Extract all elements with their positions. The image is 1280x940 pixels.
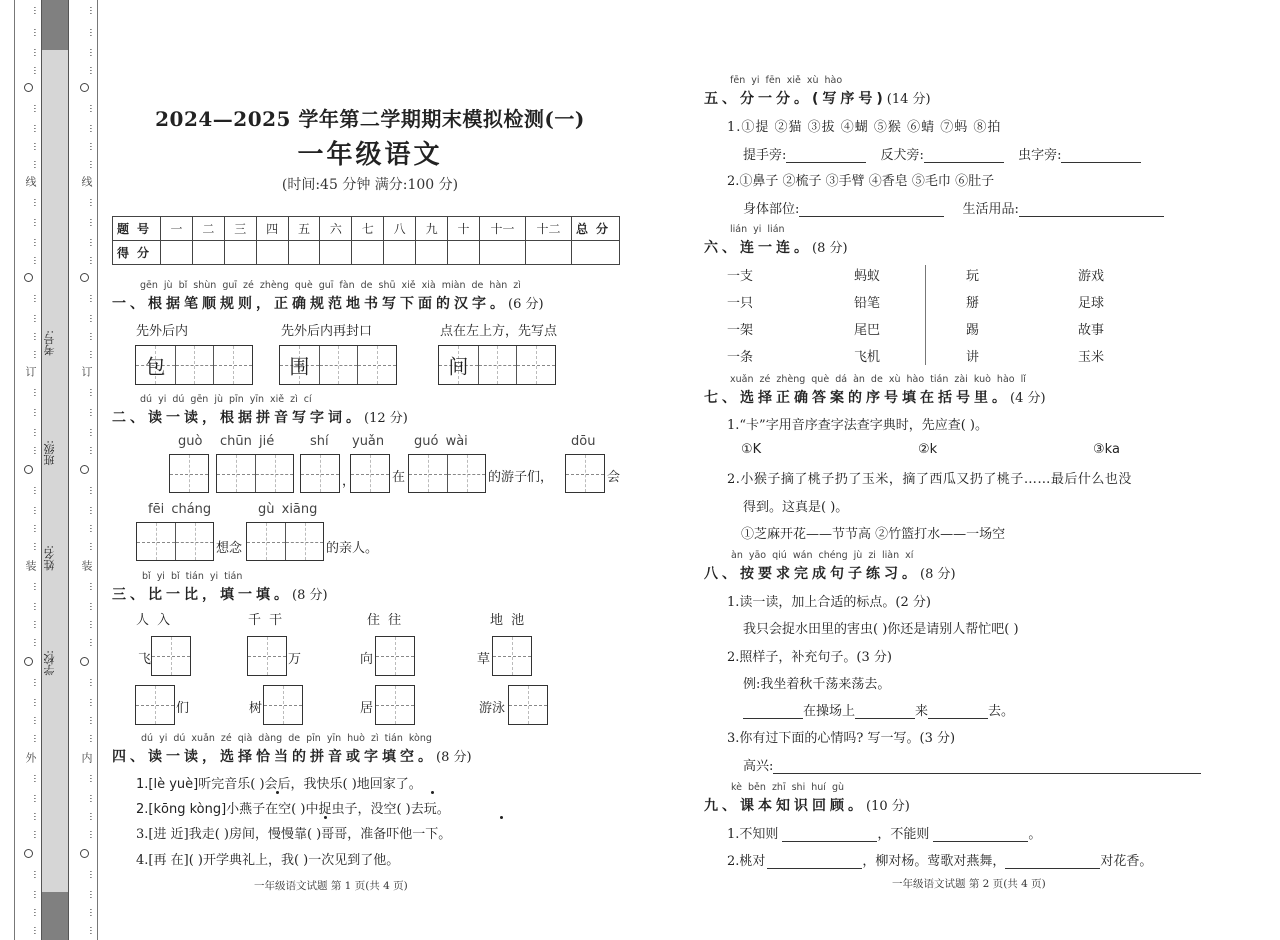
s3-r2-4-pre: 游泳 <box>479 697 505 716</box>
model-char: 围 <box>280 351 319 380</box>
s1-rule-2: 先外后内再封口 <box>281 320 372 339</box>
s9-q2: 2.桃对，柳对杨。莺歌对燕舞，对花香。 <box>727 850 1152 869</box>
score-header-row: 题号 一 二 三 四 五 六 七 八 九 十 十一 十二 总分 <box>113 217 620 241</box>
pinyin-guowai: guó wài <box>414 434 468 449</box>
s1-rule-3: 点在左上方，先写点 <box>440 320 557 339</box>
match-item[interactable]: 一支 <box>727 265 753 284</box>
match-item[interactable]: 掰 <box>966 292 979 311</box>
s3-pair-4: 地 池 <box>490 609 526 628</box>
mark-ding: 订 <box>18 366 38 377</box>
match-item[interactable]: 讲 <box>966 346 979 365</box>
s3-box[interactable] <box>135 685 175 725</box>
band-dark-bottom <box>42 892 68 940</box>
s3-r1-4-pre: 草 <box>477 648 490 667</box>
pinyin-chunjie: chūn jié <box>220 434 274 449</box>
s6-heading: 六、连一连。(8 分) <box>704 237 848 257</box>
answer-blank[interactable] <box>1061 149 1141 163</box>
pinyin-yuan: yuǎn <box>352 434 384 449</box>
score-col: 九 <box>416 217 448 241</box>
s3-r2-3-pre: 居 <box>360 697 373 716</box>
score-col: 八 <box>384 217 416 241</box>
s4-item-4: 4.[再 在]( )开学典礼上，我( )一次见到了他。 <box>136 849 399 868</box>
score-cell[interactable] <box>161 241 193 265</box>
answer-blank[interactable] <box>767 855 862 869</box>
score-cell[interactable] <box>288 241 320 265</box>
s3-box[interactable] <box>508 685 548 725</box>
match-item[interactable]: 故事 <box>1078 319 1104 338</box>
s7-q1: 1.“卡”字用音序查字法查字典时，先应查( )。 <box>727 414 988 433</box>
match-item[interactable]: 玩 <box>966 265 979 284</box>
s3-r1-2-post: 万 <box>288 648 301 667</box>
score-cell[interactable] <box>192 241 224 265</box>
answer-blank[interactable] <box>1005 855 1100 869</box>
match-item[interactable]: 蚂蚁 <box>854 265 880 284</box>
score-col: 二 <box>192 217 224 241</box>
pinyin-dou: dōu <box>571 434 595 449</box>
answer-blank[interactable] <box>782 828 877 842</box>
mark-zhuang-inner: 装 <box>74 560 94 571</box>
s2-xiangnian: 想念 <box>216 537 242 556</box>
s3-box[interactable] <box>375 685 415 725</box>
mark-zhuang: 装 <box>18 560 38 571</box>
score-col: 一 <box>161 217 193 241</box>
field-name[interactable]: 姓名: <box>42 545 68 571</box>
s5-q1: 1.①提 ②猫 ③拔 ④蝴 ⑤猴 ⑥蜻 ⑦蚂 ⑧拍 <box>727 116 1001 135</box>
s3-box[interactable] <box>492 636 532 676</box>
exam-info: (时间:45 分钟 满分:100 分) <box>110 174 630 194</box>
s5-q1-answers: 提手旁: 反犬旁: 虫字旁: <box>743 144 1141 163</box>
s2-grid-guo[interactable] <box>169 454 209 493</box>
s3-box[interactable] <box>263 685 303 725</box>
s2-grid-guowai[interactable] <box>408 454 486 493</box>
s7-q1-opt-2: ②k <box>918 442 937 457</box>
s2-grid-guxiang[interactable] <box>246 522 324 561</box>
s3-pair-2: 千 干 <box>248 609 284 628</box>
strip-border-right <box>97 0 98 940</box>
score-cell[interactable] <box>224 241 256 265</box>
s7-q2-opts: ①芝麻开花——节节高 ②竹篮打水——一场空 <box>741 523 1005 542</box>
score-col: 六 <box>320 217 352 241</box>
score-cell[interactable] <box>448 241 480 265</box>
score-cell[interactable] <box>572 241 620 265</box>
emphasis-dot <box>324 816 327 819</box>
score-row-label: 得分 <box>113 241 161 265</box>
score-col: 十 <box>448 217 480 241</box>
score-col: 五 <box>288 217 320 241</box>
s4-pinyin: dú yi dú xuǎn zé qià dàng de pīn yīn huò… <box>141 733 432 744</box>
emphasis-dot <box>276 791 279 794</box>
answer-blank[interactable] <box>933 828 1028 842</box>
pinyin-guxiang: gù xiāng <box>258 502 317 517</box>
answer-blank[interactable] <box>855 705 915 719</box>
s2-pinyin: dú yi dú gēn jù pīn yīn xiě zì cí <box>140 394 312 405</box>
match-item[interactable]: 游戏 <box>1078 265 1104 284</box>
inner-cut-line: ⋯ ⋯ ⋯ ⋯ ⋯ ⋯ ⋯ ⋯ 线 ⋯ ⋯ ⋯ ⋯ ⋯ ⋯ ⋯ ⋯ 订 ⋯ ⋯ … <box>74 0 94 940</box>
score-cell[interactable] <box>416 241 448 265</box>
s2-hui: 会 <box>607 466 620 485</box>
answer-blank[interactable] <box>799 203 944 217</box>
answer-blank[interactable] <box>773 760 1201 774</box>
s1-heading: 一、根据笔顺规则，正确规范地书写下面的汉字。(6 分) <box>112 293 544 313</box>
s3-pair-1: 人 入 <box>136 609 172 628</box>
emphasis-dot <box>431 791 434 794</box>
s8-q1-sentence: 我只会捉水田里的害虫( )你还是请别人帮忙吧( ) <box>743 618 1019 637</box>
match-item[interactable]: 尾巴 <box>854 319 880 338</box>
s5-heading: 五、分一分。(写序号)(14 分) <box>704 88 931 108</box>
s3-box[interactable] <box>247 636 287 676</box>
score-cell[interactable] <box>320 241 352 265</box>
score-row-label: 题号 <box>113 217 161 241</box>
s3-r2-2-pre: 树 <box>249 697 262 716</box>
exam-title: 2024—2025 学年第二学期期末模拟检测(一) <box>110 103 630 132</box>
s1-rule-1: 先外后内 <box>136 320 188 339</box>
s2-heading: 二、读一读，根据拼音写字词。(12 分) <box>112 407 408 427</box>
s6-divider <box>925 265 926 365</box>
answer-blank[interactable] <box>1019 203 1164 217</box>
s8-q2: 2.照样子，补充句子。(3 分) <box>727 646 892 665</box>
score-cell[interactable] <box>384 241 416 265</box>
strip-border-left <box>14 0 15 940</box>
page2-footer: 一年级语文试题 第 2 页(共 4 页) <box>892 876 1046 891</box>
answer-blank[interactable] <box>928 705 988 719</box>
s2-grid-chunjie[interactable] <box>216 454 294 493</box>
mark-xian-inner: 线 <box>74 176 94 187</box>
s5-q2: 2.①鼻子 ②梳子 ③手臂 ④香皂 ⑤毛巾 ⑥肚子 <box>727 170 994 189</box>
s7-heading: 七、选择正确答案的序号填在括号里。(4 分) <box>704 387 1046 407</box>
page1-footer: 一年级语文试题 第 1 页(共 4 页) <box>254 878 408 893</box>
score-col: 十一 <box>480 217 526 241</box>
match-item[interactable]: 玉米 <box>1078 346 1104 365</box>
s9-pinyin: kè běn zhī shi huí gù <box>731 782 844 793</box>
emphasis-dot <box>500 816 503 819</box>
pinyin-shi: shí <box>310 434 329 449</box>
s3-r1-1-pre: 飞 <box>138 648 151 667</box>
score-cell[interactable] <box>352 241 384 265</box>
s8-q2-answer: 在操场上来去。 <box>743 700 1014 719</box>
s8-q1: 1.读一读，加上合适的标点。(2 分) <box>727 591 931 610</box>
score-col: 十二 <box>526 217 572 241</box>
match-item[interactable]: 足球 <box>1078 292 1104 311</box>
s7-q1-opt-3: ③ka <box>1093 442 1120 457</box>
mark-wai: 外 <box>18 752 38 763</box>
subject-title: 一年级语文 <box>110 134 630 171</box>
band-dark-top <box>42 0 68 50</box>
score-col-total: 总分 <box>572 217 620 241</box>
s1-writing-grid-2[interactable]: 围 <box>279 345 397 385</box>
s9-q1: 1.不知则，不能则。 <box>727 823 1041 842</box>
s3-r1-3-pre: 向 <box>360 648 373 667</box>
answer-blank[interactable] <box>743 705 803 719</box>
s3-pinyin: bǐ yi bǐ tián yi tián <box>142 571 242 582</box>
answer-blank[interactable] <box>924 149 1004 163</box>
mark-ding-inner: 订 <box>74 366 94 377</box>
s4-item-3: 3.[进 近]我走( )房间，慢慢靠( )哥哥，准备吓他一下。 <box>136 823 451 842</box>
match-item[interactable]: 一只 <box>727 292 753 311</box>
s8-q3: 3.你有过下面的心情吗? 写一写。(3 分) <box>727 727 955 746</box>
score-col: 三 <box>224 217 256 241</box>
s8-q2-example: 例:我坐着秋千荡来荡去。 <box>743 673 890 692</box>
field-exam-number[interactable]: 考号: <box>42 330 68 356</box>
s2-qinren: 的亲人。 <box>326 537 378 556</box>
model-char: 间 <box>439 351 478 380</box>
model-char: 包 <box>136 351 175 380</box>
match-item[interactable]: 踢 <box>966 319 979 338</box>
s3-pair-3: 住 往 <box>367 609 403 628</box>
s4-heading: 四、读一读，选择恰当的拼音或字填空。(8 分) <box>112 746 472 766</box>
pinyin-guo: guò <box>178 434 202 449</box>
s4-item-1: 1.[lè yuè]听完音乐( )会后，我快乐( )地回家了。 <box>136 773 422 792</box>
s7-q1-opt-1: ①K <box>741 442 761 457</box>
score-value-row: 得分 <box>113 241 620 265</box>
s9-heading: 九、课本知识回顾。(10 分) <box>704 795 910 815</box>
s3-box[interactable] <box>151 636 191 676</box>
field-class[interactable]: 班级: <box>42 440 68 466</box>
s3-box[interactable] <box>375 636 415 676</box>
mark-xian: 线 <box>18 176 38 187</box>
mark-nei: 内 <box>74 752 94 763</box>
s7-pinyin: xuǎn zé zhèng què dá àn de xù hào tián z… <box>730 374 1026 385</box>
pinyin-feichang: fēi cháng <box>148 502 211 517</box>
s8-pinyin: àn yāo qiú wán chéng jù zi liàn xí <box>731 550 913 561</box>
s2-zai: 在 <box>392 466 405 485</box>
score-cell[interactable] <box>256 241 288 265</box>
s8-heading: 八、按要求完成句子练习。(8 分) <box>704 563 956 583</box>
score-col: 四 <box>256 217 288 241</box>
binding-strip: ⋯ ⋯ ⋯ ⋯ ⋯ ⋯ ⋯ ⋯ 线 ⋯ ⋯ ⋯ ⋯ ⋯ ⋯ ⋯ ⋯ 订 ⋯ ⋯ … <box>0 0 100 940</box>
s3-r2-1-post: 们 <box>176 697 189 716</box>
match-item[interactable]: 一架 <box>727 319 753 338</box>
score-table: 题号 一 二 三 四 五 六 七 八 九 十 十一 十二 总分 得分 <box>112 216 620 265</box>
s5-q2-answers: 身体部位: 生活用品: <box>743 198 1164 217</box>
match-item[interactable]: 一条 <box>727 346 753 365</box>
s4-item-2: 2.[kōng kòng]小燕子在空( )中捉虫子，没空( )去玩。 <box>136 798 450 817</box>
match-item[interactable]: 铅笔 <box>854 292 880 311</box>
s2-grid-feichang[interactable] <box>136 522 214 561</box>
s2-grid-dou[interactable] <box>565 454 605 493</box>
student-info-band: 考号: 班级: 姓名: 学校: <box>41 0 69 940</box>
s7-q2-line1: 2.小猴子摘了桃子扔了玉米，摘了西瓜又扔了桃子……最后什么也没 <box>727 468 1132 487</box>
s1-writing-grid-3[interactable]: 间 <box>438 345 556 385</box>
match-item[interactable]: 飞机 <box>854 346 880 365</box>
s2-grid-yuan[interactable] <box>350 454 390 493</box>
s6-pinyin: lián yi lián <box>730 224 785 235</box>
s3-heading: 三、比一比，填一填。(8 分) <box>112 584 328 604</box>
answer-blank[interactable] <box>786 149 866 163</box>
s2-youzi: 的游子们， <box>488 466 553 485</box>
score-cell[interactable] <box>526 241 572 265</box>
s2-grid-shi[interactable] <box>300 454 340 493</box>
s1-pinyin: gēn jù bǐ shùn guī zé zhèng què guī fàn … <box>140 280 521 291</box>
s7-q2-line2: 得到。这真是( )。 <box>743 496 848 515</box>
s1-writing-grid-1[interactable]: 包 <box>135 345 253 385</box>
score-col: 七 <box>352 217 384 241</box>
s5-pinyin: fēn yi fēn xiě xù hào <box>730 75 842 86</box>
score-cell[interactable] <box>480 241 526 265</box>
outer-cut-line: ⋯ ⋯ ⋯ ⋯ ⋯ ⋯ ⋯ ⋯ 线 ⋯ ⋯ ⋯ ⋯ ⋯ ⋯ ⋯ ⋯ 订 ⋯ ⋯ … <box>18 0 38 940</box>
field-school[interactable]: 学校: <box>42 650 68 676</box>
s8-q3-answer: 高兴: <box>743 755 1201 774</box>
